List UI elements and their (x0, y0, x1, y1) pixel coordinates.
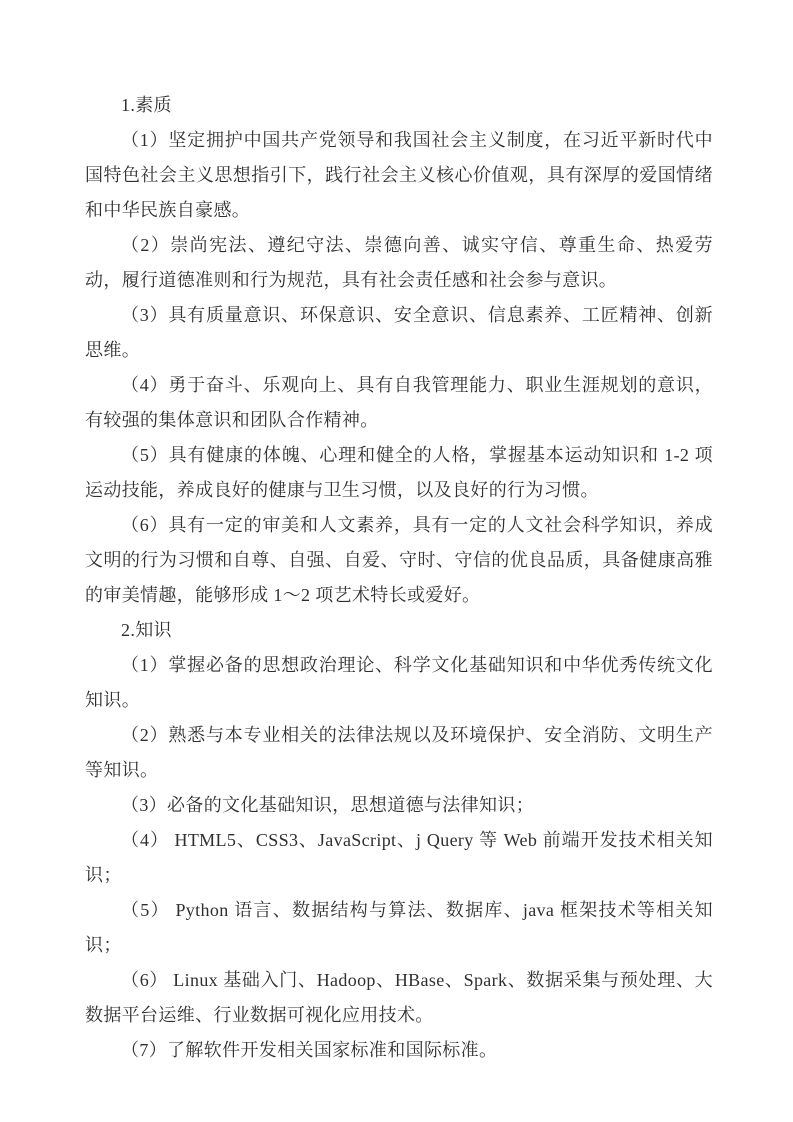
section2-item-5: （5） Python 语言、数据结构与算法、数据库、java 框架技术等相关知识… (85, 893, 713, 963)
document-content: 1.素质 （1）坚定拥护中国共产党领导和我国社会主义制度，在习近平新时代中国特色… (85, 88, 713, 1068)
section2-item-4: （4） HTML5、CSS3、JavaScript、j Query 等 Web … (85, 823, 713, 893)
section1-item-4: （4）勇于奋斗、乐观向上、具有自我管理能力、职业生涯规划的意识，有较强的集体意识… (85, 368, 713, 438)
section2-item-3: （3）必备的文化基础知识，思想道德与法律知识； (85, 788, 713, 823)
document-page: 1.素质 （1）坚定拥护中国共产党领导和我国社会主义制度，在习近平新时代中国特色… (0, 0, 793, 1122)
section1-item-5: （5）具有健康的体魄、心理和健全的人格，掌握基本运动知识和 1-2 项运动技能，… (85, 438, 713, 508)
section1-item-2: （2）崇尚宪法、遵纪守法、崇德向善、诚实守信、尊重生命、热爱劳动，履行道德准则和… (85, 228, 713, 298)
section2-item-1: （1）掌握必备的思想政治理论、科学文化基础知识和中华优秀传统文化知识。 (85, 648, 713, 718)
section1-heading: 1.素质 (85, 88, 713, 123)
section2-item-6: （6） Linux 基础入门、Hadoop、HBase、Spark、数据采集与预… (85, 963, 713, 1033)
section2-item-7: （7）了解软件开发相关国家标准和国际标准。 (85, 1033, 713, 1068)
section1-item-1: （1）坚定拥护中国共产党领导和我国社会主义制度，在习近平新时代中国特色社会主义思… (85, 123, 713, 228)
section2-item-2: （2）熟悉与本专业相关的法律法规以及环境保护、安全消防、文明生产等知识。 (85, 718, 713, 788)
section1-item-6: （6）具有一定的审美和人文素养，具有一定的人文社会科学知识，养成文明的行为习惯和… (85, 508, 713, 613)
section2-heading: 2.知识 (85, 613, 713, 648)
section1-item-3: （3）具有质量意识、环保意识、安全意识、信息素养、工匠精神、创新思维。 (85, 298, 713, 368)
